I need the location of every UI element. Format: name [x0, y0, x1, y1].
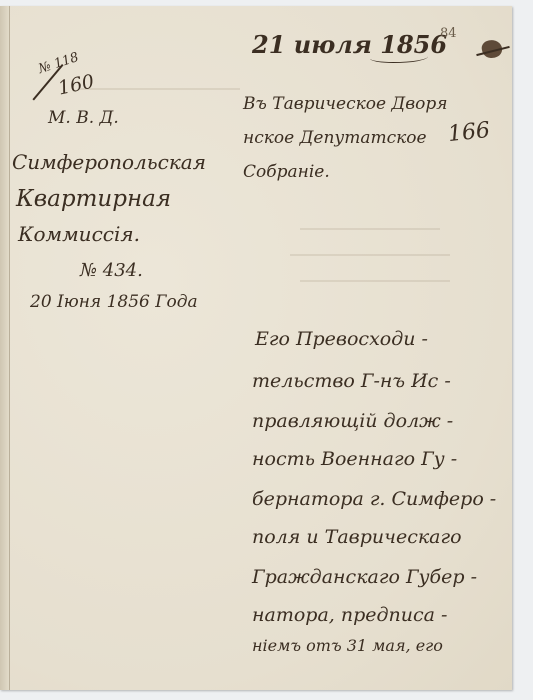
sender-line-3: Коммиссія.	[18, 222, 140, 246]
sender-line-2: Квартирная	[16, 186, 171, 212]
bleed-through-line	[80, 88, 240, 90]
archive-number-top: № 118	[37, 50, 81, 77]
bleed-through-line	[290, 254, 450, 256]
archive-number-bottom: 160	[56, 70, 96, 99]
addressee-line-3: Собраніе.	[243, 162, 330, 182]
addressee-line-1: Въ Таврическое Дворя	[243, 94, 448, 114]
outgoing-date: 20 Іюня 1856 Года	[30, 292, 198, 312]
marginal-registry-number: 166	[447, 118, 491, 147]
outgoing-number: № 434.	[80, 260, 143, 281]
date-flourish	[370, 52, 428, 63]
manuscript-page: № 118 160 21 июля 1856 84 М. В. Д. Симфе…	[0, 6, 512, 690]
addressee-line-2: нское Депутатское	[243, 128, 427, 148]
body-line: Его Превосходи -	[255, 328, 428, 350]
body-line: Гражданскаго Губер -	[252, 566, 477, 588]
body-line: правляющій долж -	[252, 410, 453, 432]
bleed-through-line	[300, 228, 440, 230]
body-line: бернатора г. Симферо -	[252, 488, 496, 510]
ministry-abbreviation: М. В. Д.	[48, 108, 119, 128]
body-line: ность Военнаго Гу -	[252, 448, 457, 470]
sender-line-1: Симферопольская	[12, 150, 206, 174]
binding-spine	[0, 6, 10, 690]
folio-number: 84	[440, 26, 457, 41]
body-line: ніемъ отъ 31 мая, его	[252, 636, 443, 655]
body-line: тельство Г-нъ Ис -	[252, 370, 451, 392]
body-line: натора, предписа -	[252, 604, 447, 626]
bleed-through-line	[300, 280, 450, 282]
body-line: поля и Таврическаго	[252, 526, 462, 548]
